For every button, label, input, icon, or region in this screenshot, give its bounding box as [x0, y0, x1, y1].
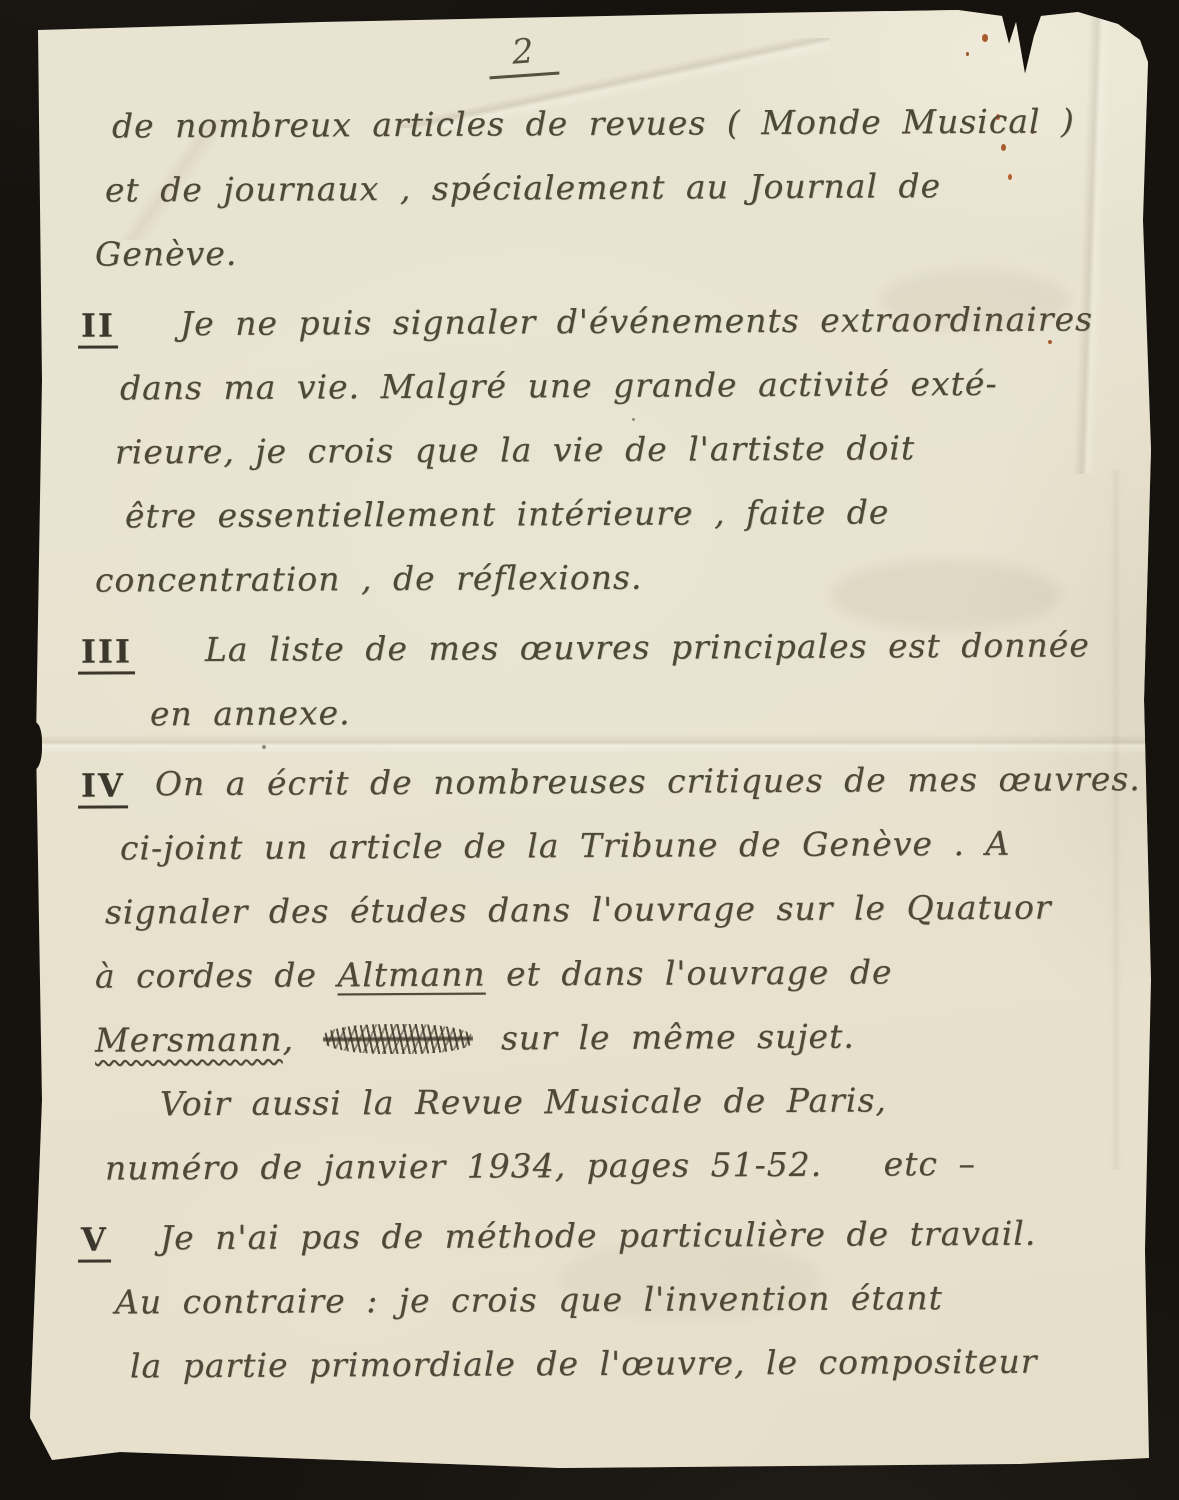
manuscript-line: IIJe ne puis signaler d'événements extra…: [0, 299, 1179, 369]
section-numeral: III: [78, 632, 135, 674]
manuscript-line: IVOn a écrit de nombreuses critiques de …: [0, 759, 1179, 829]
manuscript-line: et de journaux , spécialement au Journal…: [0, 165, 1179, 235]
section-numeral: II: [78, 306, 118, 348]
left-edge-tear-notch: [24, 722, 42, 770]
handwritten-text: la partie primordiale de l'œuvre, le com…: [130, 1342, 1038, 1386]
handwritten-text: à cordes de: [95, 955, 338, 995]
section-numeral: V: [78, 1221, 111, 1263]
manuscript-line: Genève.: [0, 229, 1179, 299]
manuscript-paper-sheet: 2 de nombreux articles de revues ( Monde…: [0, 0, 1179, 1500]
handwritten-text: ,: [282, 1019, 314, 1058]
rust-spot: [982, 34, 988, 42]
handwritten-text: dans ma vie. Malgré une grande activité …: [120, 364, 998, 408]
handwritten-text: ci-joint un article de la Tribune de Gen…: [120, 824, 1011, 868]
handwritten-text: Voir aussi la Revue Musicale de Paris,: [160, 1080, 887, 1123]
manuscript-line: IIILa liste de mes œuvres principales es…: [0, 625, 1179, 695]
scribbled-out-word: [322, 1024, 472, 1055]
rust-spot: [966, 52, 969, 56]
handwritten-text: de nombreux articles de revues ( Monde M…: [112, 101, 1075, 145]
handwritten-text: sur le même sujet.: [480, 1017, 855, 1058]
manuscript-line: concentration , de réflexions.: [0, 555, 1179, 625]
handwritten-text: être essentiellement intérieure , faite …: [125, 492, 890, 535]
manuscript-line: Au contraire : je crois que l'invention …: [0, 1277, 1179, 1347]
handwritten-text: et dans l'ouvrage de: [485, 952, 892, 993]
manuscript-line: être essentiellement intérieure , faite …: [0, 491, 1179, 561]
manuscript-text-block: de nombreux articles de revues ( Monde M…: [0, 104, 1179, 1408]
manuscript-line: Mersmann, sur le même sujet.: [0, 1015, 1179, 1085]
handwritten-text: Mersmann: [95, 1020, 283, 1060]
handwritten-text: et de journaux , spécialement au Journal…: [105, 166, 941, 209]
handwritten-text: Genève.: [95, 234, 238, 274]
manuscript-line: VJe n'ai pas de méthode particulière de …: [0, 1213, 1179, 1283]
manuscript-line: signaler des études dans l'ouvrage sur l…: [0, 887, 1179, 957]
manuscript-line: la partie primordiale de l'œuvre, le com…: [0, 1341, 1179, 1411]
handwritten-text: signaler des études dans l'ouvrage sur l…: [105, 888, 1052, 932]
handwritten-text: Au contraire : je crois que l'invention …: [115, 1278, 943, 1321]
manuscript-line: Voir aussi la Revue Musicale de Paris,: [0, 1079, 1179, 1149]
handwritten-text: rieure, je crois que la vie de l'artiste…: [115, 428, 915, 471]
handwritten-text: Je n'ai pas de méthode particulière de t…: [160, 1214, 1037, 1258]
handwritten-text: Je ne puis signaler d'événements extraor…: [180, 299, 1093, 343]
manuscript-line: dans ma vie. Malgré une grande activité …: [0, 363, 1179, 433]
handwritten-text: numéro de janvier 1934, pages 51-52. etc…: [105, 1144, 976, 1188]
manuscript-content: 2 de nombreux articles de revues ( Monde…: [0, 104, 1179, 1408]
handwritten-text: On a écrit de nombreuses critiques de me…: [155, 759, 1141, 803]
page-number: 2: [487, 30, 560, 80]
handwritten-text: Altmann: [337, 955, 485, 995]
handwritten-text: en annexe.: [150, 693, 351, 733]
manuscript-line: numéro de janvier 1934, pages 51-52. etc…: [0, 1143, 1179, 1213]
manuscript-line: en annexe.: [0, 689, 1179, 759]
handwritten-text: La liste de mes œuvres principales est d…: [205, 625, 1090, 669]
handwritten-text: concentration , de réflexions.: [95, 558, 643, 600]
manuscript-line: ci-joint un article de la Tribune de Gen…: [0, 823, 1179, 893]
section-numeral: IV: [78, 766, 128, 808]
manuscript-line: à cordes de Altmann et dans l'ouvrage de: [0, 951, 1179, 1021]
manuscript-line: de nombreux articles de revues ( Monde M…: [0, 101, 1179, 171]
manuscript-line: rieure, je crois que la vie de l'artiste…: [0, 427, 1179, 497]
